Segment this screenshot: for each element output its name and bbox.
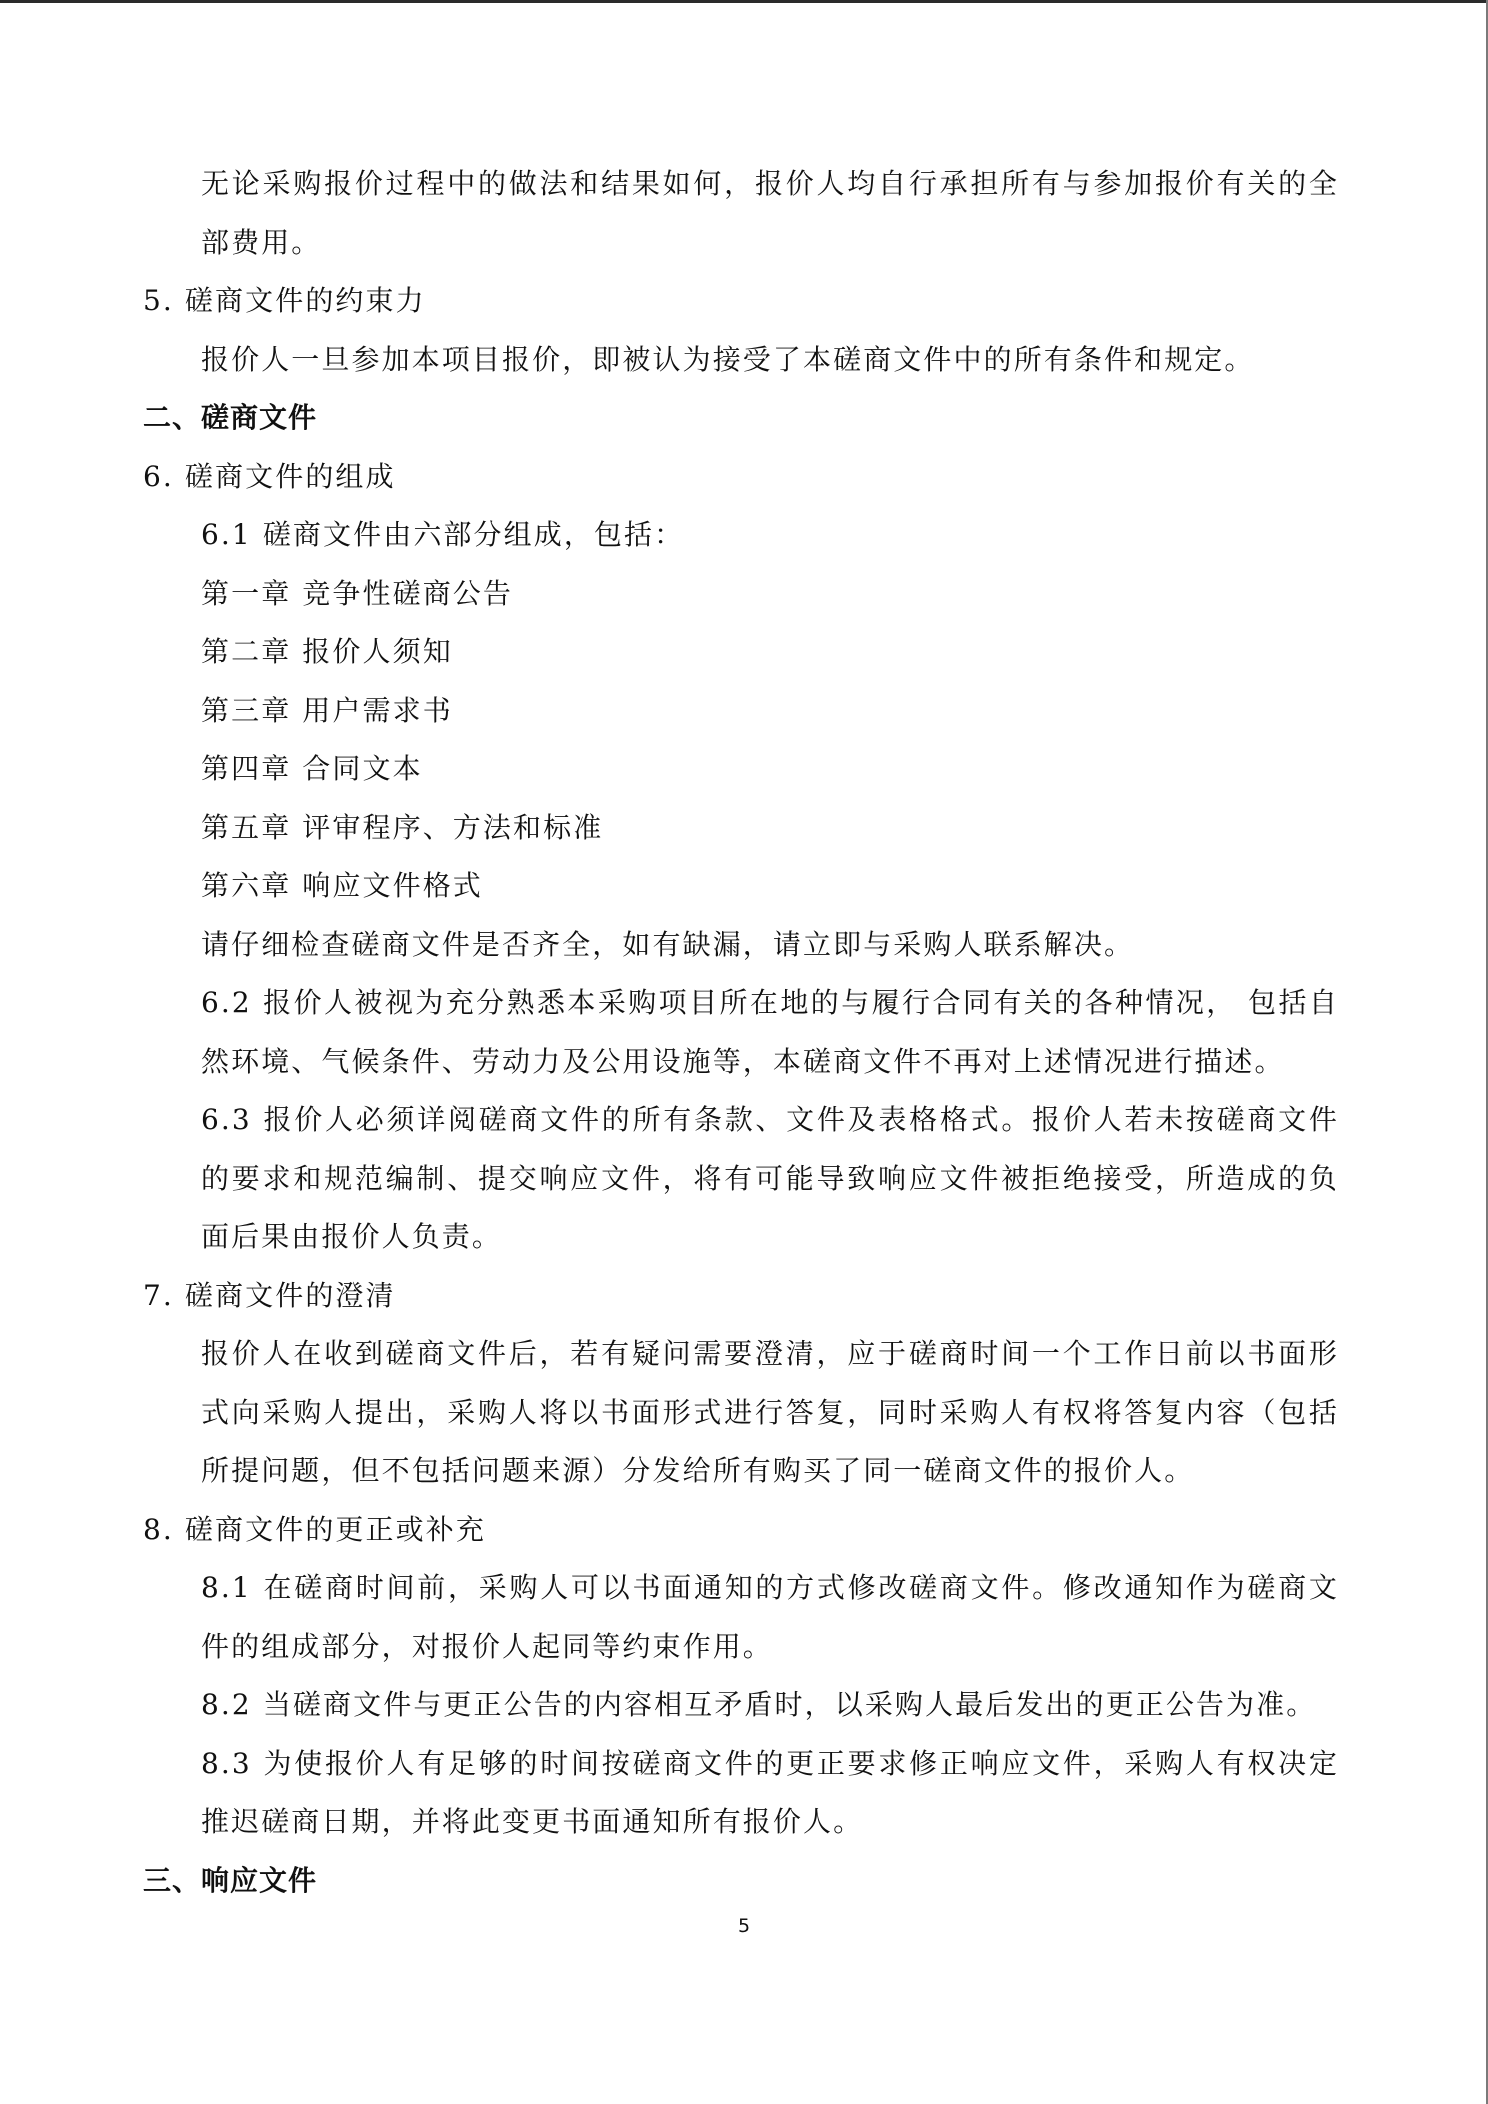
paragraph-clarification: 报价人在收到磋商文件后，若有疑问需要澄清，应于磋商时间一个工作日前以书面形式向采… [143,1325,1339,1501]
section-item-7: 7. 磋商文件的澄清 [143,1267,1339,1326]
paragraph-6-1: 6.1 磋商文件由六部分组成，包括： [143,506,1339,565]
paragraph-6-2: 6.2 报价人被视为充分熟悉本采购项目所在地的与履行合同有关的各种情况， 包括自… [143,974,1339,1091]
paragraph-8-3: 8.3 为使报价人有足够的时间按磋商文件的更正要求修正响应文件，采购人有权决定推… [143,1735,1339,1852]
heading-response-documents: 三、响应文件 [143,1852,1339,1911]
heading-consultation-documents: 二、磋商文件 [143,389,1339,448]
section-item-5: 5. 磋商文件的约束力 [143,272,1339,331]
section-item-8: 8. 磋商文件的更正或补充 [143,1501,1339,1560]
section-item-6: 6. 磋商文件的组成 [143,448,1339,507]
paragraph-8-1: 8.1 在磋商时间前，采购人可以书面通知的方式修改磋商文件。修改通知作为磋商文件… [143,1559,1339,1676]
chapter-5: 第五章 评审程序、方法和标准 [143,799,1339,858]
paragraph-check-completeness: 请仔细检查磋商文件是否齐全，如有缺漏，请立即与采购人联系解决。 [143,916,1339,975]
paragraph-8-2: 8.2 当磋商文件与更正公告的内容相互矛盾时，以采购人最后发出的更正公告为准。 [143,1676,1339,1735]
chapter-4: 第四章 合同文本 [143,740,1339,799]
paragraph-6-3: 6.3 报价人必须详阅磋商文件的所有条款、文件及表格格式。报价人若未按磋商文件的… [143,1091,1339,1267]
chapter-2: 第二章 报价人须知 [143,623,1339,682]
chapter-6: 第六章 响应文件格式 [143,857,1339,916]
chapter-3: 第三章 用户需求书 [143,682,1339,741]
paragraph-binding-force: 报价人一旦参加本项目报价，即被认为接受了本磋商文件中的所有条件和规定。 [143,331,1339,390]
document-body: 无论采购报价过程中的做法和结果如何，报价人均自行承担所有与参加报价有关的全部费用… [143,155,1339,1910]
page-top-border [0,0,1488,3]
chapter-1: 第一章 竞争性磋商公告 [143,565,1339,624]
page-number: 5 [0,1915,1488,1937]
paragraph-cost-bearing: 无论采购报价过程中的做法和结果如何，报价人均自行承担所有与参加报价有关的全部费用… [143,155,1339,272]
